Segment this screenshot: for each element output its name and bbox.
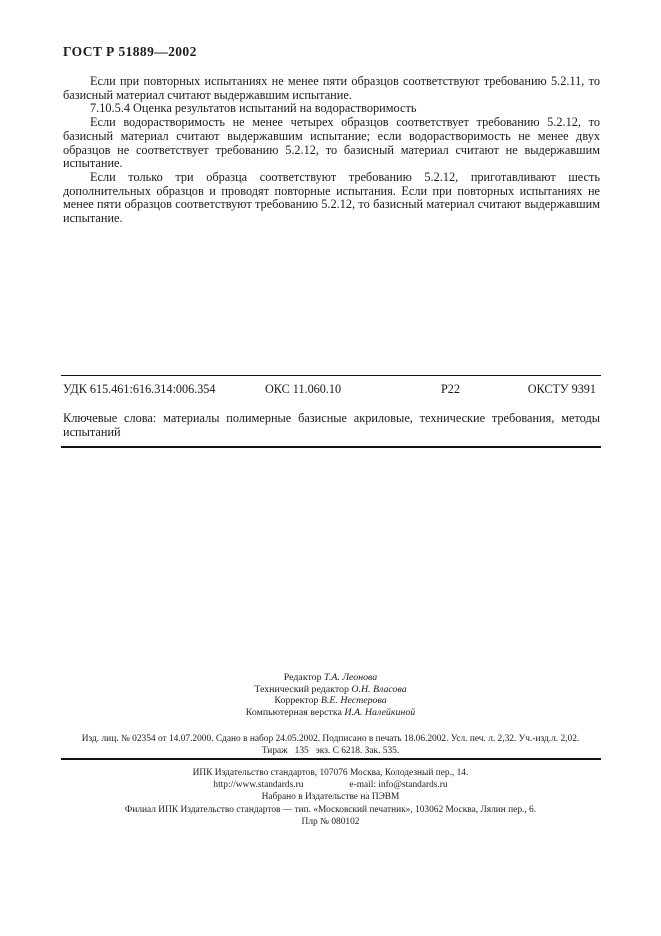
section-heading: 7.10.5.4 Оценка результатов испытаний на…: [63, 102, 600, 116]
publisher-weblinks: http://www.standards.rue-mail: info@stan…: [33, 779, 628, 791]
horizontal-rule-thick: [61, 446, 601, 448]
editor-name: И.А. Налейкиной: [344, 707, 415, 718]
group-code: Р22: [441, 382, 460, 397]
oks-code: ОКС 11.060.10: [265, 382, 341, 397]
branch-line: Филиал ИПК Издательство стандартов — тип…: [33, 804, 628, 816]
keywords-paragraph: Ключевые слова: материалы полимерные баз…: [63, 412, 600, 439]
publisher-block: ИПК Издательство стандартов, 107076 Моск…: [33, 767, 628, 828]
classification-row: УДК 615.461:616.314:006.354 ОКС 11.060.1…: [63, 382, 598, 397]
okstu-code: ОКСТУ 9391: [528, 382, 596, 397]
website-url: http://www.standards.ru: [213, 780, 303, 790]
editor-name: В.Е. Нестерова: [321, 695, 387, 706]
typeset-note: Набрано в Издательстве на ПЭВМ: [33, 791, 628, 803]
body-paragraph: Если при повторных испытаниях не менее п…: [63, 75, 600, 102]
editor-name: О.Н. Власова: [351, 684, 406, 695]
credits-line: Редактор Т.А. Леонова: [63, 672, 598, 684]
udk-code: УДК 615.461:616.314:006.354: [63, 382, 216, 397]
horizontal-rule-thick: [61, 758, 601, 760]
horizontal-rule-thin: [61, 375, 601, 376]
editor-name: Т.А. Леонова: [324, 672, 377, 683]
credits-block: Редактор Т.А. Леонова Технический редакт…: [63, 672, 598, 718]
imprint-tirage-line: Тираж 135 экз. С 6218. Зак. 535.: [63, 746, 598, 756]
plr-number: Плр № 080102: [33, 816, 628, 828]
editor-role: Компьютерная верстка: [246, 707, 345, 718]
email-address: e-mail: info@standards.ru: [349, 780, 447, 790]
imprint-license-line: Изд. лиц. № 02354 от 14.07.2000. Сдано в…: [50, 734, 611, 744]
editor-role: Редактор: [284, 672, 324, 683]
gost-standard-number: ГОСТ Р 51889—2002: [63, 44, 197, 60]
editor-role: Технический редактор: [254, 684, 351, 695]
body-text-block: Если при повторных испытаниях не менее п…: [63, 75, 600, 226]
credits-line: Корректор В.Е. Нестерова: [63, 695, 598, 707]
body-paragraph: Если только три образца соответствуют тр…: [63, 171, 600, 226]
body-paragraph: Если водорастворимость не менее четырех …: [63, 116, 600, 171]
publisher-address: ИПК Издательство стандартов, 107076 Моск…: [33, 767, 628, 779]
editor-role: Корректор: [274, 695, 321, 706]
credits-line: Технический редактор О.Н. Власова: [63, 684, 598, 696]
credits-line: Компьютерная верстка И.А. Налейкиной: [63, 707, 598, 719]
document-page: ГОСТ Р 51889—2002 Если при повторных исп…: [0, 0, 661, 936]
